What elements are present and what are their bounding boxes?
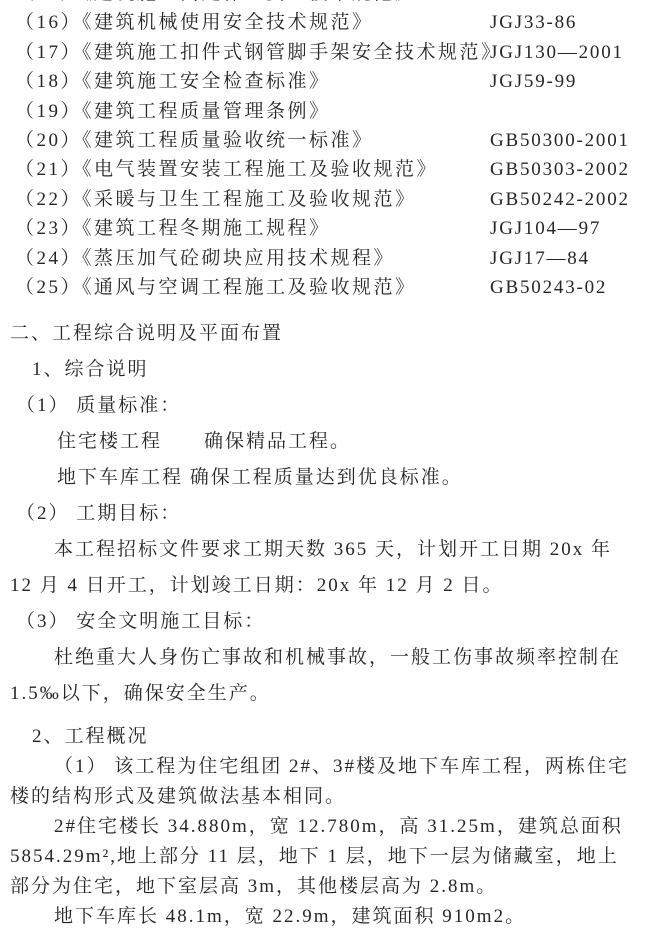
regulation-item-16: （16）《建筑机械使用安全技术规范》 JGJ33-86 xyxy=(10,8,645,37)
paragraph-line: 本工程招标文件要求工期天数 365 天，计划开工日期 20x 年 xyxy=(10,532,645,568)
regulation-item-17: （17）《建筑施工扣件式钢管脚手架安全技术规范》 JGJ130—2001 xyxy=(10,38,645,67)
paragraph-line: 5854.29m²,地上部分 11 层，地下 1 层，地下一层为储藏室，地上 xyxy=(10,842,645,872)
paragraph-line: （1） 该工程为住宅组团 2#、3#楼及地下车库工程，两栋住宅 xyxy=(10,752,645,782)
regulation-title: （18）《建筑施工安全检查标准》 xyxy=(10,71,331,92)
regulation-title: （25）《通风与空调工程施工及验收规范》 xyxy=(10,277,417,298)
regulation-item-23: （23）《建筑工程冬期施工规程》 JGJ104—97 xyxy=(10,214,645,243)
regulation-list: （15）《建筑施工高处作业安全技术规范》 JGJ80-91 （16）《建筑机械使… xyxy=(10,0,645,302)
regulation-title: （24）《蒸压加气砼砌块应用技术规程》 xyxy=(10,248,395,269)
section-2-general: 二、工程综合说明及平面布置 1、综合说明 （1） 质量标准： 住宅楼工程 确保精… xyxy=(10,316,645,712)
regulation-item-15-clipped: （15）《建筑施工高处作业安全技术规范》 JGJ80-91 xyxy=(10,0,645,8)
regulation-item-25: （25）《通风与空调工程施工及验收规范》 GB50243-02 xyxy=(10,273,645,302)
regulation-item-22: （22）《采暖与卫生工程施工及验收规范》 GB50242-2002 xyxy=(10,185,645,214)
clause-heading-safety: （3） 安全文明施工目标： xyxy=(10,604,645,640)
regulation-code: JGJ33-86 xyxy=(490,8,577,37)
regulation-code: JGJ17—84 xyxy=(490,244,590,273)
regulation-item-24: （24）《蒸压加气砼砌块应用技术规程》 JGJ17—84 xyxy=(10,244,645,273)
regulation-code: GB50242-2002 xyxy=(490,185,630,214)
regulation-title: （23）《建筑工程冬期施工规程》 xyxy=(10,218,331,239)
regulation-item-21: （21）《电气装置安装工程施工及验收规范》 GB50303-2002 xyxy=(10,155,645,184)
paragraph-line: 部分为住宅，地下室层高 3m，其他楼层高为 2.8m。 xyxy=(10,872,645,902)
regulation-title: （22）《采暖与卫生工程施工及验收规范》 xyxy=(10,189,417,210)
regulation-title: （16）《建筑机械使用安全技术规范》 xyxy=(10,12,374,33)
subsection-heading-1: 1、综合说明 xyxy=(10,352,645,388)
paragraph-line: 2#住宅楼长 34.880m，宽 12.780m，高 31.25m，建筑总面积 xyxy=(10,812,645,842)
regulation-code: GB50303-2002 xyxy=(490,155,630,184)
paragraph-line: 1.5‰以下，确保安全生产。 xyxy=(10,676,645,712)
paragraph-line: 住宅楼工程 确保精品工程。 xyxy=(10,424,645,460)
paragraph-line: 地下车库工程 确保工程质量达到优良标准。 xyxy=(10,460,645,496)
regulation-item-18: （18）《建筑施工安全检查标准》 JGJ59-99 xyxy=(10,67,645,96)
section-heading: 二、工程综合说明及平面布置 xyxy=(10,316,645,352)
regulation-code: JGJ104—97 xyxy=(490,214,601,243)
regulation-code: JGJ130—2001 xyxy=(490,38,624,67)
clause-heading-schedule: （2） 工期目标： xyxy=(10,496,645,532)
regulation-title: （20）《建筑工程质量验收统一标准》 xyxy=(10,130,374,151)
document-page: （15）《建筑施工高处作业安全技术规范》 JGJ80-91 （16）《建筑机械使… xyxy=(0,0,655,932)
regulation-code: JGJ80-91 xyxy=(490,0,577,8)
regulation-title: （21）《电气装置安装工程施工及验收规范》 xyxy=(10,159,438,180)
regulation-item-19: （19）《建筑工程质量管理条例》 xyxy=(10,97,645,126)
regulation-code: GB50243-02 xyxy=(490,273,607,302)
regulation-code: GB50300-2001 xyxy=(490,126,630,155)
clause-heading-quality: （1） 质量标准： xyxy=(10,388,645,424)
paragraph-line: 地下车库长 48.1m，宽 22.9m，建筑面积 910m2。 xyxy=(10,902,645,932)
regulation-item-20: （20）《建筑工程质量验收统一标准》 GB50300-2001 xyxy=(10,126,645,155)
subsection-heading-2: 2、工程概况 xyxy=(10,722,645,752)
regulation-title: （19）《建筑工程质量管理条例》 xyxy=(10,101,331,122)
paragraph-line: 楼的结构形式及建筑做法基本相同。 xyxy=(10,782,645,812)
regulation-title: （17）《建筑施工扣件式钢管脚手架安全技术规范》 xyxy=(10,42,503,63)
regulation-title: （15）《建筑施工高处作业安全技术规范》 xyxy=(10,0,417,4)
paragraph-line: 12 月 4 日开工，计划竣工日期：20x 年 12 月 2 日。 xyxy=(10,568,645,604)
section-2-overview: 2、工程概况 （1） 该工程为住宅组团 2#、3#楼及地下车库工程，两栋住宅 楼… xyxy=(10,722,645,932)
paragraph-line: 杜绝重大人身伤亡事故和机械事故，一般工伤事故频率控制在 xyxy=(10,640,645,676)
regulation-code: JGJ59-99 xyxy=(490,67,577,96)
